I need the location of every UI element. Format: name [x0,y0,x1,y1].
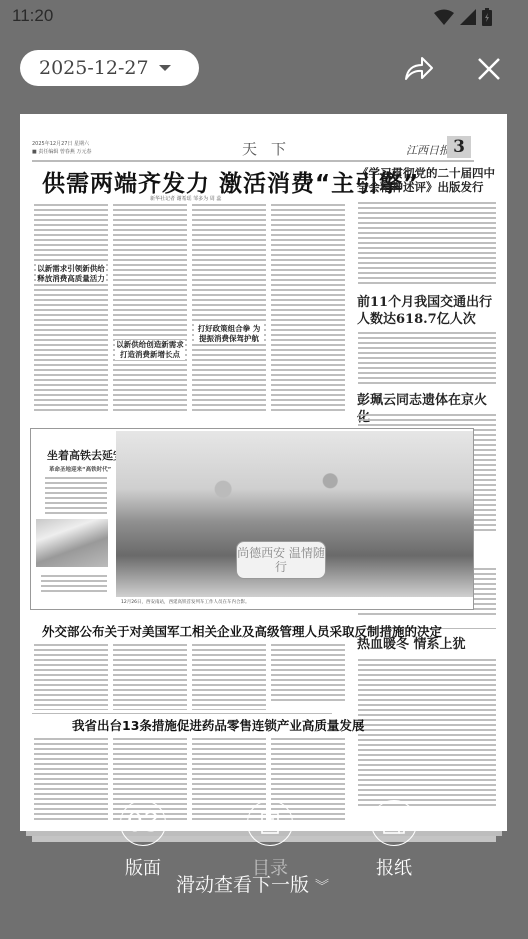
chevron-down-icon [159,65,171,71]
newspaper-label: 报纸 [349,854,439,880]
share-button[interactable] [402,53,436,83]
side-headline[interactable]: 《学习贯彻党的二十届四中全会精神述评》出版发行 [357,166,497,194]
close-icon [474,54,504,84]
divider [32,160,474,162]
page-number: 3 [447,136,471,158]
list-document-icon [247,800,293,846]
newspaper-button[interactable]: 报纸 [349,800,439,880]
article-headline[interactable]: 外交部公布关于对美国军工相关企业及高级管理人员采取反制措施的决定 [42,622,442,640]
editor-line: ■ 责任编辑 曾春燕 万元春 [32,148,92,156]
date-selector[interactable]: 2025-12-27 [20,50,199,86]
layout-button[interactable]: 03 版面 [98,800,188,880]
article-text-column [113,204,187,414]
feature-article[interactable]: 坐着高铁去延安 革命圣地迎来“高铁时代” 尚德西安 温情随行 12月26日，西安… [30,428,474,610]
article-subhead: 以新供给创造新需求 打造消费新增长点 [115,340,185,360]
article-text-column [271,204,345,414]
photo-caption: 12月26日，西安南站，西延高铁首发列车工作人员在车内合影。 [121,599,249,605]
contents-button[interactable]: 目录 [225,800,315,880]
article-subhead: 打好政策组合拳 为提振消费保驾护航 [194,324,264,344]
train-photo[interactable] [36,519,108,567]
article-subhead: 以新需求引领新供给 释放消费高质量活力 [36,264,106,284]
status-bar: 11:20 [0,0,528,36]
status-icons [434,8,492,26]
swipe-hint-text: 滑动查看下一版 [176,874,309,896]
article-text-column [192,204,266,414]
article-text-column [34,738,108,822]
double-chevron-down-icon: ︾ [315,879,329,895]
close-button[interactable] [474,54,504,84]
article-text-column [192,644,266,710]
article-text-column [34,644,108,710]
date-line: 2025年12月27日 星期六 [32,140,92,148]
article-headline[interactable]: 我省出台13条措施促进药品零售连锁产业高质量发展 [72,716,364,734]
newspaper-page[interactable]: 2025年12月27日 星期六 ■ 责任编辑 曾春燕 万元春 天下 江西日报 3… [20,114,507,831]
photo-sign: 尚德西安 温情随行 [236,541,326,579]
article-text-column [45,477,107,517]
status-time: 11:20 [12,6,53,26]
section-title: 天下 [242,138,300,159]
article-text-column [113,644,187,710]
newspaper-dateline: 2025年12月27日 星期六 ■ 责任编辑 曾春燕 万元春 [32,140,92,156]
date-value: 2025-12-27 [39,57,149,79]
article-text-column [271,644,345,702]
newspaper-icon [371,800,417,846]
swipe-next-page-hint[interactable]: 滑动查看下一版︾ [176,870,329,897]
side-headline[interactable]: 前11个月我国交通出行人数达618.7亿人次 [357,294,497,328]
signal-icon [460,9,476,25]
divider [32,713,332,714]
article-text-column [358,659,496,809]
feature-subtitle: 革命圣地迎来“高铁时代” [49,465,111,473]
newspaper-logo: 江西日报 [406,142,450,158]
share-icon [402,53,436,83]
main-byline: 新华社记者 谢希瑶 邹多为 周 蕊 [150,195,221,202]
article-text-column [34,204,108,414]
feature-title: 坐着高铁去延安 [47,447,124,463]
layout-label: 版面 [98,854,188,880]
page-number-icon: 03 [120,800,166,846]
wifi-icon [434,9,454,25]
article-text-column [358,332,496,384]
battery-charging-icon [482,8,492,26]
article-text-column [41,575,107,595]
feature-photo[interactable]: 尚德西安 温情随行 [116,431,473,597]
article-text-column [358,202,496,284]
